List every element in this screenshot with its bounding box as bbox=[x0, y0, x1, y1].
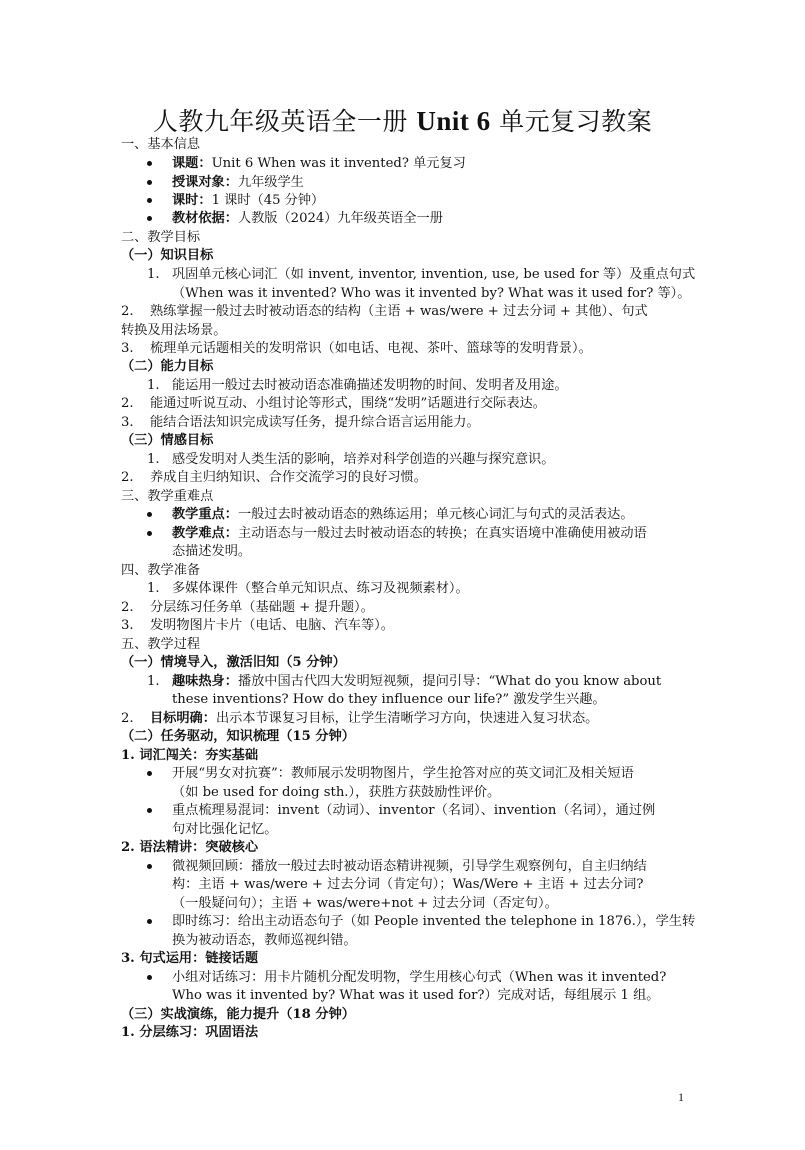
bullet-icon bbox=[147, 174, 152, 192]
bullet-icon bbox=[147, 913, 152, 931]
list-number: 3. bbox=[121, 414, 134, 432]
list-item: 微视频回顾：播放一般过去时被动语态精讲视频，引导学生观察例句，自主归纳结 bbox=[172, 858, 647, 876]
part-heading: 2. 语法精讲：突破核心 bbox=[121, 839, 258, 857]
list-item: 分层练习任务单（基础题 + 提升题）。 bbox=[150, 599, 374, 617]
list-item-cont: 构：主语 + was/were + 过去分词（肯定句）；Was/Were + 主… bbox=[172, 876, 643, 894]
list-item: 教学难点：主动语态与一般过去时被动语态的转换；在真实语境中准确使用被动语 bbox=[172, 525, 647, 543]
list-item-cont: 句对比强化记忆。 bbox=[172, 821, 278, 839]
bullet-icon bbox=[147, 969, 152, 987]
list-number: 3. bbox=[121, 340, 134, 358]
title-cn-suffix: 单元复习教案 bbox=[499, 107, 652, 136]
list-item: 即时练习：给出主动语态句子（如 People invented the tele… bbox=[172, 913, 695, 931]
page-number: 1 bbox=[678, 1090, 684, 1105]
list-item: 能运用一般过去时被动语态准确描述发明物的时间、发明者及用途。 bbox=[172, 377, 568, 395]
bullet-icon bbox=[147, 525, 152, 543]
list-item: 授课对象：九年级学生 bbox=[172, 174, 304, 192]
list-number: 1. bbox=[147, 451, 160, 469]
bullet-icon bbox=[147, 210, 152, 228]
list-item: 梳理单元话题相关的发明常识（如电话、电视、茶叶、篮球等的发明背景）。 bbox=[150, 340, 592, 358]
list-number: 2. bbox=[121, 599, 134, 617]
list-item-cont: （一般疑问句）；主语 + was/were+not + 过去分词（否定句）。 bbox=[172, 895, 558, 913]
list-item: 趣味热身：播放中国古代四大发明短视频，提问引导：“What do you kno… bbox=[172, 673, 661, 691]
list-item: 课时：1 课时（45 分钟） bbox=[172, 192, 324, 210]
part-heading: 3. 句式运用：链接话题 bbox=[121, 950, 258, 968]
list-item-cont: these inventions? How do they influence … bbox=[172, 691, 606, 709]
list-item: 养成自主归纳知识、合作交流学习的良好习惯。 bbox=[150, 469, 427, 487]
list-number: 2. bbox=[121, 469, 134, 487]
list-item-cont: 转换及用法场景。 bbox=[121, 322, 227, 340]
list-item-cont: Who was it invented by? What was it used… bbox=[172, 987, 660, 1005]
list-item: 教学重点：一般过去时被动语态的熟练运用；单元核心词汇与句式的灵活表达。 bbox=[172, 506, 634, 524]
document-title: 人教九年级英语全一册 Unit 6 单元复习教案 bbox=[0, 104, 805, 139]
list-item: 目标明确：出示本节课复习目标，让学生清晰学习方向，快速进入复习状态。 bbox=[150, 710, 598, 728]
list-number: 1. bbox=[147, 266, 160, 284]
list-item: 能结合语法知识完成读写任务，提升综合语言运用能力。 bbox=[150, 414, 480, 432]
list-item: 熟练掌握一般过去时被动语态的结构（主语 + was/were + 过去分词 + … bbox=[150, 303, 648, 321]
bullet-icon bbox=[147, 192, 152, 210]
part-heading: 1. 词汇闯关：夯实基础 bbox=[121, 747, 258, 765]
title-cn-prefix: 人教九年级英语全一册 bbox=[153, 107, 408, 136]
list-number: 2. bbox=[121, 710, 134, 728]
part-heading: 1. 分层练习：巩固语法 bbox=[121, 1024, 258, 1042]
list-item: 开展“男女对抗赛”：教师展示发明物图片，学生抢答对应的英文词汇及相关短语 bbox=[172, 765, 634, 783]
list-number: 1. bbox=[147, 377, 160, 395]
subsection-heading: （一）知识目标 bbox=[121, 247, 213, 265]
list-number: 1. bbox=[147, 580, 160, 598]
list-item: 能通过听说互动、小组讨论等形式，围绕“发明”话题进行交际表达。 bbox=[150, 395, 546, 413]
subsection-heading: （二）任务驱动，知识梳理（15 分钟） bbox=[121, 728, 355, 746]
bullet-icon bbox=[147, 858, 152, 876]
document-page: 人教九年级英语全一册 Unit 6 单元复习教案 一、基本信息 课题：Unit … bbox=[0, 0, 805, 1150]
list-item-cont: 换为被动语态，教师巡视纠错。 bbox=[172, 932, 357, 950]
list-item: 课题：Unit 6 When was it invented? 单元复习 bbox=[172, 155, 466, 173]
list-item-cont: 态描述发明。 bbox=[172, 543, 251, 561]
list-item: 感受发明对人类生活的影响，培养对科学创造的兴趣与探究意识。 bbox=[172, 451, 554, 469]
section-heading-process: 五、教学过程 bbox=[121, 636, 200, 654]
section-heading-basic-info: 一、基本信息 bbox=[121, 136, 200, 154]
subsection-heading: （三）实战演练，能力提升（18 分钟） bbox=[121, 1006, 355, 1024]
list-item: 发明物图片卡片（电话、电脑、汽车等）。 bbox=[150, 617, 394, 635]
list-number: 2. bbox=[121, 303, 134, 321]
list-number: 3. bbox=[121, 617, 134, 635]
list-item: 小组对话练习：用卡片随机分配发明物，学生用核心句式（When was it in… bbox=[172, 969, 666, 987]
subsection-heading: （二）能力目标 bbox=[121, 358, 213, 376]
bullet-icon bbox=[147, 155, 152, 173]
bullet-icon bbox=[147, 802, 152, 820]
list-number: 1. bbox=[147, 673, 160, 691]
section-heading-preparation: 四、教学准备 bbox=[121, 562, 200, 580]
list-item: 重点梳理易混词：invent（动词）、inventor（名词）、inventio… bbox=[172, 802, 655, 820]
list-item: 教材依据：人教版（2024）九年级英语全一册 bbox=[172, 210, 443, 228]
list-item: 多媒体课件（整合单元知识点、练习及视频素材）。 bbox=[172, 580, 469, 598]
title-unit: Unit 6 bbox=[416, 106, 490, 136]
list-number: 2. bbox=[121, 395, 134, 413]
subsection-heading: （三）情感目标 bbox=[121, 432, 213, 450]
list-item-cont: （如 be used for doing sth.），获胜方获鼓励性评价。 bbox=[172, 784, 500, 802]
list-item-cont: （When was it invented? Who was it invent… bbox=[172, 285, 690, 303]
bullet-icon bbox=[147, 506, 152, 524]
section-heading-teaching-goals: 二、教学目标 bbox=[121, 229, 200, 247]
bullet-icon bbox=[147, 765, 152, 783]
subsection-heading: （一）情境导入，激活旧知（5 分钟） bbox=[121, 654, 346, 672]
section-heading-key-points: 三、教学重难点 bbox=[121, 488, 213, 506]
list-item: 巩固单元核心词汇（如 invent, inventor, invention, … bbox=[172, 266, 695, 284]
